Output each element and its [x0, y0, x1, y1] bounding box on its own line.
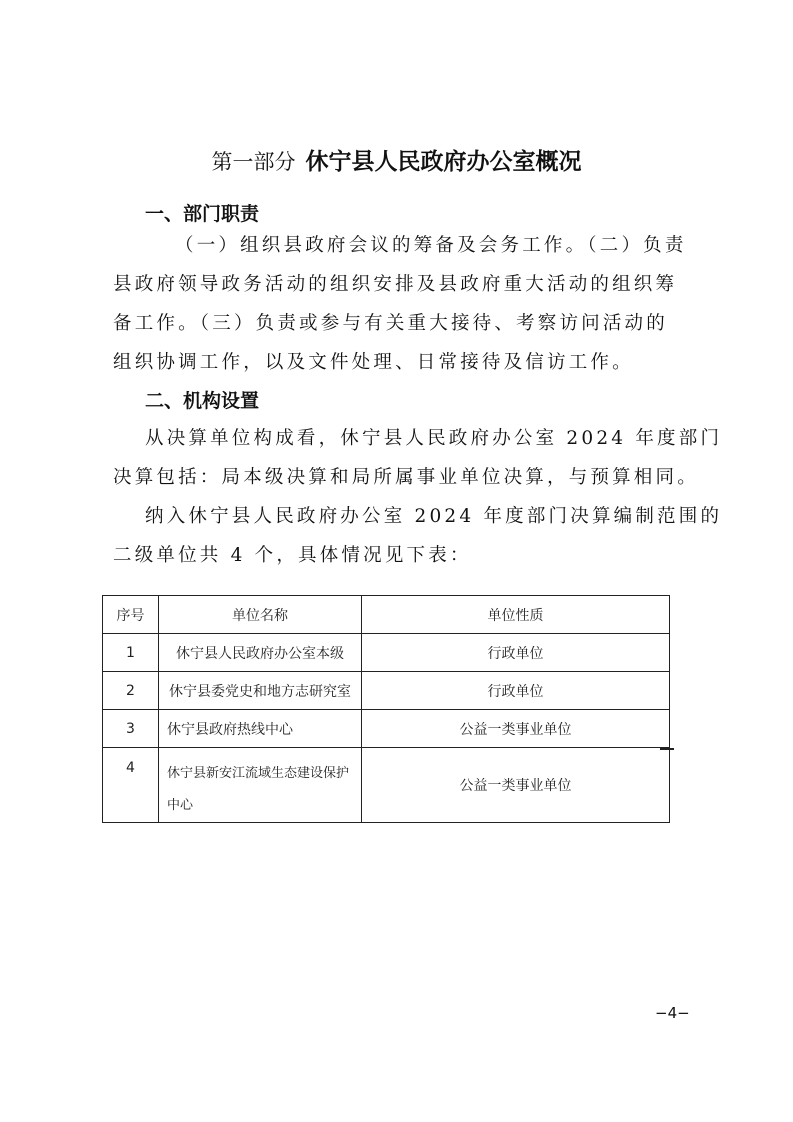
paragraph-line: （一）组织县政府会议的筹备及会务工作。（二）负责: [113, 226, 693, 265]
page-title: 第一部分休宁县人民政府办公室概况: [0, 146, 793, 178]
table-row: 1 休宁县人民政府办公室本级 行政单位: [103, 634, 670, 672]
section-heading-structure: 二、机构设置: [145, 386, 259, 416]
cell-name: 休宁县人民政府办公室本级: [159, 634, 362, 672]
table-border-overhang: [660, 748, 674, 750]
cell-name: 休宁县政府热线中心: [159, 710, 362, 748]
cell-type: 行政单位: [362, 672, 670, 710]
paragraph-line: 备工作。（三）负责或参与有关重大接待、考察访问活动的: [113, 304, 693, 343]
paragraph-line: 组织协调工作，以及文件处理、日常接待及信访工作。: [113, 343, 693, 382]
cell-no: 1: [103, 634, 159, 672]
cell-type: 公益一类事业单位: [362, 748, 670, 823]
section-heading-duties: 一、部门职责: [145, 199, 259, 229]
structure-paragraph-2: 纳入休宁县人民政府办公室 2024 年度部门决算编制范围的 二级单位共 4 个，…: [113, 497, 693, 575]
structure-paragraph-1: 从决算单位构成看，休宁县人民政府办公室 2024 年度部门 决算包括：局本级决算…: [113, 419, 693, 497]
cell-type: 行政单位: [362, 634, 670, 672]
table-header-row: 序号 单位名称 单位性质: [103, 596, 670, 634]
cell-no: 4: [103, 748, 159, 823]
cell-type: 公益一类事业单位: [362, 710, 670, 748]
duties-paragraph: （一）组织县政府会议的筹备及会务工作。（二）负责 县政府领导政务活动的组织安排及…: [113, 226, 693, 382]
paragraph-line: 县政府领导政务活动的组织安排及县政府重大活动的组织筹: [113, 265, 693, 304]
cell-no: 3: [103, 710, 159, 748]
title-main: 休宁县人民政府办公室概况: [306, 149, 582, 175]
header-name: 单位名称: [159, 596, 362, 634]
paragraph-line: 纳入休宁县人民政府办公室 2024 年度部门决算编制范围的: [113, 497, 693, 536]
cell-name: 休宁县委党史和地方志研究室: [159, 672, 362, 710]
part-label: 第一部分: [212, 150, 296, 174]
paragraph-line: 决算包括：局本级决算和局所属事业单位决算，与预算相同。: [113, 458, 693, 497]
paragraph-line: 从决算单位构成看，休宁县人民政府办公室 2024 年度部门: [113, 419, 693, 458]
table-row: 3 休宁县政府热线中心 公益一类事业单位: [103, 710, 670, 748]
cell-no: 2: [103, 672, 159, 710]
header-no: 序号: [103, 596, 159, 634]
table-row: 2 休宁县委党史和地方志研究室 行政单位: [103, 672, 670, 710]
page-number: −4−: [655, 1004, 690, 1022]
table-row: 4 休宁县新安江流域生态建设保护中心 公益一类事业单位: [103, 748, 670, 823]
units-table: 序号 单位名称 单位性质 1 休宁县人民政府办公室本级 行政单位 2 休宁县委党…: [102, 595, 670, 823]
paragraph-line: 二级单位共 4 个，具体情况见下表：: [113, 536, 693, 575]
cell-name: 休宁县新安江流域生态建设保护中心: [159, 748, 362, 823]
header-type: 单位性质: [362, 596, 670, 634]
